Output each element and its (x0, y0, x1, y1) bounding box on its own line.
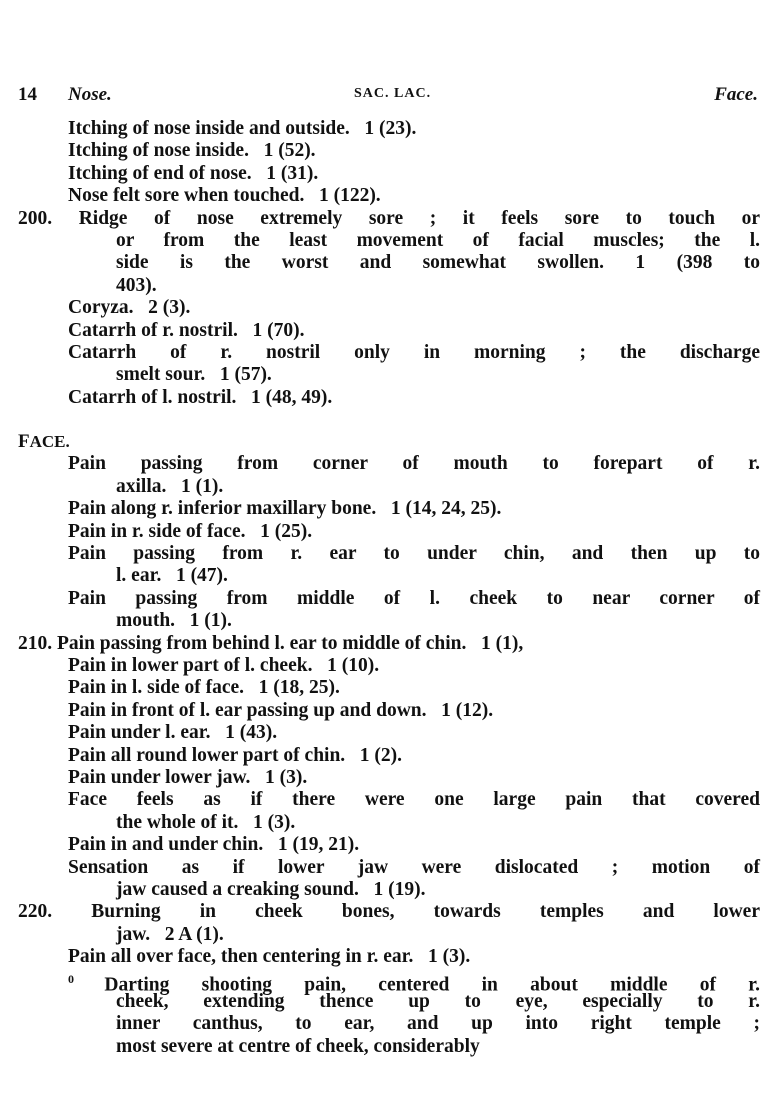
line-text: Pain in lower part of l. cheek. 1 (10). (68, 655, 379, 676)
symptom-entry: Coryza. 2 (3). (0, 297, 780, 319)
symptom-entry: Pain passing from corner of mouth to for… (0, 453, 780, 498)
symptom-entry: Face feels as if there were one large pa… (0, 789, 780, 834)
line-text: the whole of it. 1 (3). (116, 812, 295, 833)
line-text: Pain passing from middle of l. cheek to … (68, 588, 760, 609)
line-text: Pain passing from corner of mouth to for… (68, 453, 760, 474)
text-line: 0 Darting shooting pain, centered in abo… (0, 968, 760, 990)
symptom-entry: Pain under l. ear. 1 (43). (0, 722, 780, 744)
line-text: Pain all over face, then centering in r.… (68, 946, 470, 967)
symptom-entry: Catarrh of l. nostril. 1 (48, 49). (0, 387, 780, 409)
text-line: cheek, extending thence up to eye, espec… (0, 991, 760, 1013)
line-text: Pain passing from r. ear to under chin, … (68, 543, 760, 564)
symptom-entry: Pain in front of l. ear passing up and d… (0, 700, 780, 722)
symptom-entry: Pain passing from middle of l. cheek to … (0, 588, 780, 633)
text-line: or from the least movement of facial mus… (0, 230, 760, 252)
text-line: jaw caused a creaking sound. 1 (19). (0, 879, 760, 901)
degree-marker: 0 (68, 972, 104, 986)
line-text: l. ear. 1 (47). (116, 565, 228, 586)
symptom-entry: Catarrh of r. nostril. 1 (70). (0, 320, 780, 342)
text-line: Catarrh of l. nostril. 1 (48, 49). (0, 387, 760, 409)
line-text: Catarrh of l. nostril. 1 (48, 49). (68, 387, 332, 408)
line-text: inner canthus, to ear, and up into right… (116, 1013, 760, 1034)
line-text: Pain in l. side of face. 1 (18, 25). (68, 677, 340, 698)
line-text: Pain in front of l. ear passing up and d… (68, 700, 493, 721)
section-heading-face: FACE. (0, 431, 780, 453)
line-text: Pain along r. inferior maxillary bone. 1… (68, 498, 501, 519)
symptom-entry: Pain along r. inferior maxillary bone. 1… (0, 498, 780, 520)
symptom-entry: Pain in and under chin. 1 (19, 21). (0, 834, 780, 856)
line-text: Itching of nose inside. 1 (52). (68, 140, 316, 161)
text-line: Pain in front of l. ear passing up and d… (0, 700, 760, 722)
line-text: 403). (116, 275, 157, 296)
text-line: Pain along r. inferior maxillary bone. 1… (0, 498, 760, 520)
line-text: side is the worst and somewhat swollen. … (116, 252, 760, 273)
symptom-entry: Pain under lower jaw. 1 (3). (0, 767, 780, 789)
text-line: Itching of end of nose. 1 (31). (0, 163, 760, 185)
line-text: axilla. 1 (1). (116, 476, 223, 497)
symptom-entry: Itching of nose inside and outside. 1 (2… (0, 118, 780, 140)
text-line: Itching of nose inside and outside. 1 (2… (0, 118, 760, 140)
line-text: Coryza. 2 (3). (68, 297, 190, 318)
text-line: jaw. 2 A (1). (0, 924, 760, 946)
text-line: Pain in l. side of face. 1 (18, 25). (0, 677, 760, 699)
line-text: 200. Ridge of nose extremely sore ; it f… (18, 208, 760, 229)
text-line: inner canthus, to ear, and up into right… (0, 1013, 760, 1035)
symptom-entry: Nose felt sore when touched. 1 (122). (0, 185, 780, 207)
text-line: 200. Ridge of nose extremely sore ; it f… (0, 208, 760, 230)
line-text: or from the least movement of facial mus… (116, 230, 760, 251)
line-text: 210. Pain passing from behind l. ear to … (18, 633, 523, 654)
line-text: Catarrh of r. nostril. 1 (70). (68, 320, 305, 341)
page-body: Itching of nose inside and outside. 1 (2… (0, 118, 780, 1058)
line-text: Itching of nose inside and outside. 1 (2… (68, 118, 416, 139)
text-line: 210. Pain passing from behind l. ear to … (0, 633, 760, 655)
symptom-entry: Pain all over face, then centering in r.… (0, 946, 780, 968)
symptom-entry: Itching of nose inside. 1 (52). (0, 140, 780, 162)
text-line: Face feels as if there were one large pa… (0, 789, 760, 811)
text-line: Pain in and under chin. 1 (19, 21). (0, 834, 760, 856)
header-right-title: Face. (714, 84, 758, 106)
line-text: Catarrh of r. nostril only in morning ; … (68, 342, 760, 363)
section-gap (0, 409, 780, 431)
line-text: jaw caused a creaking sound. 1 (19). (116, 879, 426, 900)
text-line: the whole of it. 1 (3). (0, 812, 760, 834)
text-line: Pain passing from corner of mouth to for… (0, 453, 760, 475)
text-line: Pain passing from middle of l. cheek to … (0, 588, 760, 610)
line-text: mouth. 1 (1). (116, 610, 232, 631)
book-page: 14 Nose. SAC. LAC. Face. Itching of nose… (0, 0, 780, 1108)
line-text: Pain in and under chin. 1 (19, 21). (68, 834, 359, 855)
line-text: cheek, extending thence up to eye, espec… (116, 991, 760, 1012)
symptom-entry: Catarrh of r. nostril only in morning ; … (0, 342, 780, 387)
text-line: Catarrh of r. nostril. 1 (70). (0, 320, 760, 342)
text-line: Pain all over face, then centering in r.… (0, 946, 760, 968)
line-text: Pain under lower jaw. 1 (3). (68, 767, 307, 788)
text-line: Sensation as if lower jaw were dislocate… (0, 857, 760, 879)
symptom-entry: 0 Darting shooting pain, centered in abo… (0, 968, 780, 1058)
text-line: Itching of nose inside. 1 (52). (0, 140, 760, 162)
text-line: smelt sour. 1 (57). (0, 364, 760, 386)
text-line: Nose felt sore when touched. 1 (122). (0, 185, 760, 207)
line-text: smelt sour. 1 (57). (116, 364, 272, 385)
text-line: Pain in r. side of face. 1 (25). (0, 521, 760, 543)
header-left-title: Nose. (68, 84, 112, 106)
text-line: 220. Burning in cheek bones, towards tem… (0, 901, 760, 923)
text-line: Pain under lower jaw. 1 (3). (0, 767, 760, 789)
text-line: Pain all round lower part of chin. 1 (2)… (0, 745, 760, 767)
text-line: most severe at centre of cheek, consider… (0, 1036, 760, 1058)
symptom-entry: Pain all round lower part of chin. 1 (2)… (0, 745, 780, 767)
symptom-entry: Pain in l. side of face. 1 (18, 25). (0, 677, 780, 699)
header-center-title: SAC. LAC. (354, 86, 431, 102)
symptom-entry: Sensation as if lower jaw were dislocate… (0, 857, 780, 902)
symptom-entry: Pain passing from r. ear to under chin, … (0, 543, 780, 588)
text-line: Pain passing from r. ear to under chin, … (0, 543, 760, 565)
line-text: Itching of end of nose. 1 (31). (68, 163, 318, 184)
line-text: Pain in r. side of face. 1 (25). (68, 521, 312, 542)
page-number: 14 (18, 84, 37, 106)
line-text: Pain under l. ear. 1 (43). (68, 722, 277, 743)
line-text: Sensation as if lower jaw were dislocate… (68, 857, 760, 878)
text-line: Coryza. 2 (3). (0, 297, 760, 319)
text-line: l. ear. 1 (47). (0, 565, 760, 587)
line-text: Pain all round lower part of chin. 1 (2)… (68, 745, 402, 766)
symptom-entry: Pain in lower part of l. cheek. 1 (10). (0, 655, 780, 677)
line-text: most severe at centre of cheek, consider… (116, 1036, 480, 1057)
symptom-entry: Itching of end of nose. 1 (31). (0, 163, 780, 185)
symptom-entry: 200. Ridge of nose extremely sore ; it f… (0, 208, 780, 298)
line-text: jaw. 2 A (1). (116, 924, 224, 945)
line-text: 220. Burning in cheek bones, towards tem… (18, 901, 760, 922)
line-text: Nose felt sore when touched. 1 (122). (68, 185, 381, 206)
text-line: side is the worst and somewhat swollen. … (0, 252, 760, 274)
text-line: axilla. 1 (1). (0, 476, 760, 498)
symptom-entry: Pain in r. side of face. 1 (25). (0, 521, 780, 543)
text-line: 403). (0, 275, 760, 297)
text-line: Catarrh of r. nostril only in morning ; … (0, 342, 760, 364)
line-text: Face feels as if there were one large pa… (68, 789, 760, 810)
symptom-entry: 210. Pain passing from behind l. ear to … (0, 633, 780, 655)
running-header: 14 Nose. SAC. LAC. Face. (18, 84, 758, 108)
text-line: Pain in lower part of l. cheek. 1 (10). (0, 655, 760, 677)
text-line: mouth. 1 (1). (0, 610, 760, 632)
symptom-entry: 220. Burning in cheek bones, towards tem… (0, 901, 780, 946)
text-line: Pain under l. ear. 1 (43). (0, 722, 760, 744)
